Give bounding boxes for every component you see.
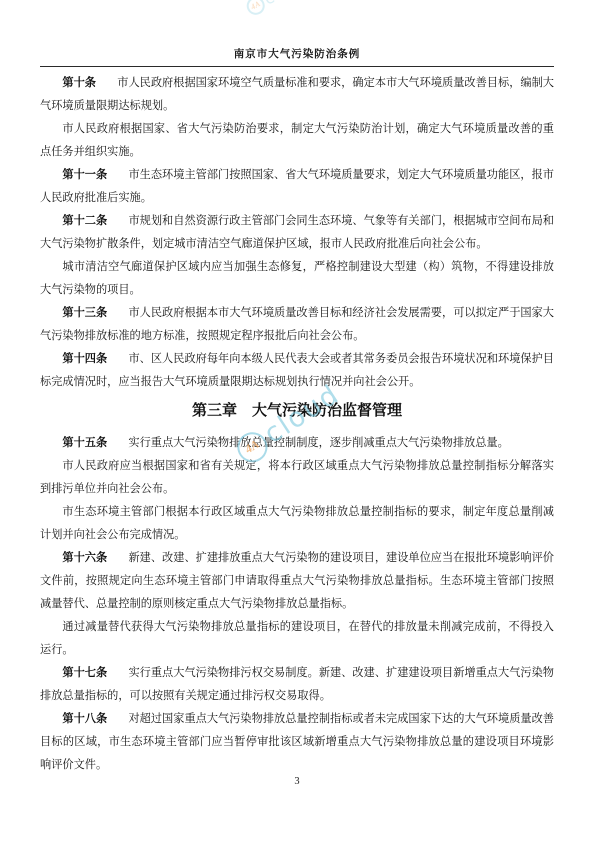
article-paragraph: 第十四条市、区人民政府每年向本级人民代表大会或者其常务委员会报告环境状况和环境保…	[40, 348, 554, 394]
article-paragraph: 城市清洁空气廊道保护区域内应当加强生态修复，严格控制建设大型建（构）筑物，不得建…	[40, 256, 554, 302]
article-text: 实行重点大气污染物排放总量控制制度，逐步削减重点大气污染物排放总量。	[128, 437, 508, 449]
article-number: 第十一条	[62, 169, 107, 181]
articles-section-2: 第十五条实行重点大气污染物排放总量控制制度，逐步削减重点大气污染物排放总量。 市…	[40, 432, 554, 777]
article-text: 城市清洁空气廊道保护区域内应当加强生态修复，严格控制建设大型建（构）筑物，不得建…	[40, 261, 554, 296]
article-paragraph: 第十七条实行重点大气污染物排污权交易制度。新建、改建、扩建建设项目新增重点大气污…	[40, 662, 554, 708]
article-paragraph: 通过减量替代获得大气污染物排放总量指标的建设项目，在替代的排放量未削减完成前，不…	[40, 616, 554, 662]
articles-section-1: 第十条市人民政府根据国家环境空气质量标准和要求，确定本市大气环境质量改善目标，编…	[40, 72, 554, 394]
watermark-word: cloud	[261, 0, 317, 9]
article-paragraph: 第十二条市规划和自然资源行政主管部门会同生态环境、气象等有关部门，根据城市空间布…	[40, 210, 554, 256]
page-header: 南京市大气污染防治条例	[40, 46, 554, 67]
article-paragraph: 第十条市人民政府根据国家环境空气质量标准和要求，确定本市大气环境质量改善目标，编…	[40, 72, 554, 118]
article-number: 第十三条	[62, 307, 107, 319]
document-page: 南京市大气污染防治条例 4A cloud 第十条市人民政府根据国家环境空气质量标…	[0, 0, 594, 842]
article-paragraph: 市生态环境主管部门根据本行政区域重点大气污染物排放总量控制指标的要求，制定年度总…	[40, 501, 554, 547]
article-text: 市人民政府根据国家、省大气污染防治要求，制定大气污染防治计划，确定大气环境质量改…	[40, 123, 554, 158]
article-paragraph: 第十六条新建、改建、扩建排放重点大气污染物的建设项目，建设单位应当在报批环境影响…	[40, 547, 554, 616]
article-paragraph: 市人民政府根据国家、省大气污染防治要求，制定大气污染防治计划，确定大气环境质量改…	[40, 118, 554, 164]
article-number: 第十五条	[62, 437, 107, 449]
article-number: 第十条	[62, 77, 96, 89]
article-paragraph: 第十一条市生态环境主管部门按照国家、省大气环境质量要求，划定大气环境质量功能区，…	[40, 164, 554, 210]
article-number: 第十四条	[62, 353, 107, 365]
watermark-top: 4A cloud	[248, 0, 368, 20]
article-text: 市生态环境主管部门按照国家、省大气环境质量要求，划定大气环境质量功能区，报市人民…	[40, 169, 554, 204]
chapter-heading: 第三章大气污染防治监督管理	[40, 399, 554, 424]
article-number: 第十七条	[62, 667, 107, 679]
article-paragraph: 市人民政府应当根据国家和省有关规定，将本行政区域重点大气污染物排放总量控制指标分…	[40, 455, 554, 501]
article-text: 市、区人民政府每年向本级人民代表大会或者其常务委员会报告环境状况和环境保护目标完…	[40, 353, 554, 388]
chapter-title: 大气污染防治监督管理	[252, 403, 402, 419]
chapter-label: 第三章	[192, 403, 237, 419]
watermark-logo-icon: 4A	[243, 0, 267, 18]
article-paragraph: 第十八条对超过国家重点大气污染物排放总量控制指标或者未完成国家下达的大气环境质量…	[40, 708, 554, 777]
article-number: 第十二条	[62, 215, 107, 227]
document-header-title: 南京市大气污染防治条例	[40, 46, 554, 61]
document-body: 第十条市人民政府根据国家环境空气质量标准和要求，确定本市大气环境质量改善目标，编…	[40, 72, 554, 777]
article-number: 第十六条	[62, 552, 107, 564]
article-text: 市规划和自然资源行政主管部门会同生态环境、气象等有关部门，根据城市空间布局和大气…	[40, 215, 554, 250]
article-text: 市人民政府根据本市大气环境质量改善目标和经济社会发展需要，可以拟定严于国家大气污…	[40, 307, 554, 342]
article-paragraph: 第十五条实行重点大气污染物排放总量控制制度，逐步削减重点大气污染物排放总量。	[40, 432, 554, 455]
article-text: 市人民政府根据国家环境空气质量标准和要求，确定本市大气环境质量改善目标，编制大气…	[40, 77, 554, 112]
article-text: 实行重点大气污染物排污权交易制度。新建、改建、扩建建设项目新增重点大气污染物排放…	[40, 667, 554, 702]
article-text: 市生态环境主管部门根据本行政区域重点大气污染物排放总量控制指标的要求，制定年度总…	[40, 506, 554, 541]
page-number: 3	[294, 776, 299, 787]
article-paragraph: 第十三条市人民政府根据本市大气环境质量改善目标和经济社会发展需要，可以拟定严于国…	[40, 302, 554, 348]
article-text: 通过减量替代获得大气污染物排放总量指标的建设项目，在替代的排放量未削减完成前，不…	[40, 621, 554, 656]
article-text: 新建、改建、扩建排放重点大气污染物的建设项目，建设单位应当在报批环境影响评价文件…	[40, 552, 554, 610]
page-footer: 3	[0, 776, 594, 787]
article-text: 市人民政府应当根据国家和省有关规定，将本行政区域重点大气污染物排放总量控制指标分…	[40, 460, 554, 495]
article-number: 第十八条	[62, 713, 107, 725]
article-text: 对超过国家重点大气污染物排放总量控制指标或者未完成国家下达的大气环境质量改善目标…	[40, 713, 554, 771]
